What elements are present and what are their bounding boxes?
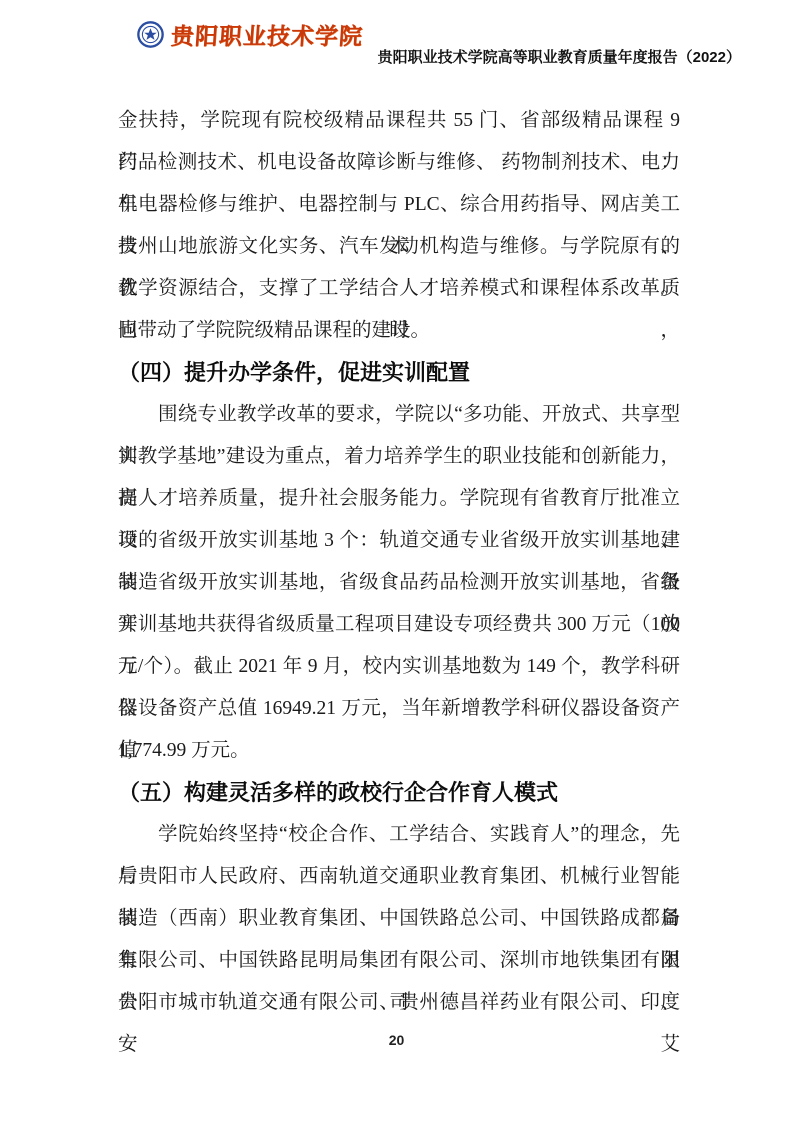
- text-line: 贵阳市城市轨道交通有限公司、贵州德昌祥药业有限公司、印度安艾: [118, 982, 680, 1024]
- report-title: 贵阳职业技术学院高等职业教育质量年度报告（2022）: [378, 46, 741, 67]
- text-line: 药品检测技术、机电设备故障诊断与维修、 药物制剂技术、电力机: [118, 142, 680, 184]
- text-line: 围绕专业教学改革的要求，学院以“多功能、开放式、共享型实: [118, 394, 680, 436]
- text-line: 高人才培养质量，提升社会服务能力。学院现有省教育厅批准立项建: [118, 478, 680, 520]
- text-line: 设的省级开放实训基地 3 个：轨道交通专业省级开放实训基地、装备: [118, 520, 680, 562]
- text-line: 金扶持，学院现有院校级精品课程共 55 门、省部级精品课程 9 门：: [118, 100, 680, 142]
- text-line: 器设备资产总值 16949.21 万元，当年新增教学科研仪器设备资产值: [118, 688, 680, 730]
- text-line: 贵州山地旅游文化实务、汽车发动机构造与维修。与学院原有的优质: [118, 226, 680, 268]
- text-line: 教学资源结合，支撑了工学结合人才培养模式和课程体系改革。同时，: [118, 268, 680, 310]
- text-line: 学院始终坚持“校企合作、工学结合、实践育人”的理念，先后: [118, 814, 680, 856]
- school-emblem-icon: [137, 21, 164, 48]
- document-page: 贵阳职业技术学院 贵阳职业技术学院高等职业教育质量年度报告（2022） 金扶持，…: [0, 0, 793, 1122]
- text-line: 车电器检修与维护、电器控制与 PLC、综合用药指导、网店美工技术、: [118, 184, 680, 226]
- section-heading-5: （五）构建灵活多样的政校行企合作育人模式: [118, 772, 680, 814]
- page-number: 20: [389, 1032, 405, 1048]
- text-line: 有限公司、中国铁路昆明局集团有限公司、深圳市地铁集团有限公司、: [118, 940, 680, 982]
- text-line: 实训基地共获得省级质量工程项目建设专项经费共 300 万元（100 万: [118, 604, 680, 646]
- document-body: 金扶持，学院现有院校级精品课程共 55 门、省部级精品课程 9 门： 药品检测技…: [118, 100, 680, 1024]
- text-line: 制造省级开放实训基地，省级食品药品检测开放实训基地，省级开放: [118, 562, 680, 604]
- text-line: 1,774.99 万元。: [118, 730, 680, 772]
- page-footer: 20: [0, 1032, 793, 1050]
- school-name-calligraphy: 贵阳职业技术学院: [170, 18, 364, 51]
- section-heading-4: （四）提升办学条件，促进实训配置: [118, 352, 680, 394]
- text-line: 元/个）。截止 2021 年 9 月，校内实训基地数为 149 个，教学科研仪: [118, 646, 680, 688]
- text-line: 训教学基地”建设为重点，着力培养学生的职业技能和创新能力，提: [118, 436, 680, 478]
- text-line: 制造（西南）职业教育集团、中国铁路总公司、中国铁路成都局集团: [118, 898, 680, 940]
- page-header: 贵阳职业技术学院 贵阳职业技术学院高等职业教育质量年度报告（2022）: [0, 0, 793, 80]
- text-line: 与贵阳市人民政府、西南轨道交通职业教育集团、机械行业智能装备: [118, 856, 680, 898]
- school-logo: 贵阳职业技术学院: [137, 18, 363, 51]
